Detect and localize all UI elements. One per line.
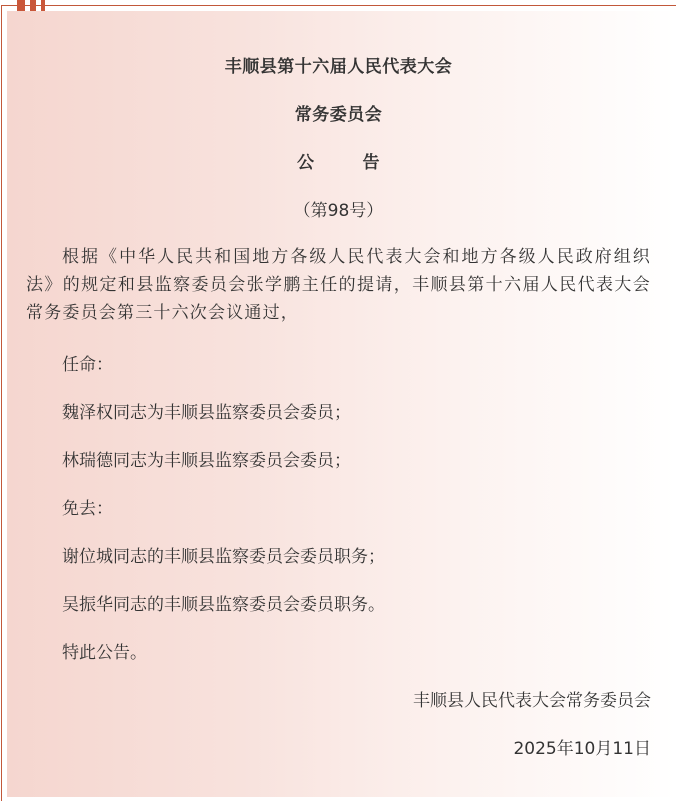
decorative-tab [30,0,36,11]
title-line-3: 公告 [26,148,651,173]
remove-heading: 免去： [62,494,113,519]
removal-item: 吴振华同志的丰顺县监察委员会委员职务。 [62,590,385,615]
title-char-gao: 告 [363,153,381,173]
signature: 丰顺县人民代表大会常务委员会 [413,686,651,711]
closing-text: 特此公告。 [62,638,147,663]
date: 2025年10月11日 [513,734,651,759]
appointment-item: 林瑞德同志为丰顺县监察委员会委员； [62,446,351,471]
appoint-heading: 任命： [62,350,113,375]
decorative-tab [41,0,45,11]
title-line-1: 丰顺县第十六届人民代表大会 [26,52,651,77]
appointment-item: 魏泽权同志为丰顺县监察委员会委员； [62,398,351,423]
removal-item: 谢位城同志的丰顺县监察委员会委员职务； [62,542,385,567]
frame-top-border [1,5,676,6]
title-line-2: 常务委员会 [26,100,651,125]
frame-left-border [1,5,2,801]
announcement-number: （第98号） [26,196,651,221]
decorative-tab [17,0,25,11]
title-char-gong: 公 [297,153,315,173]
body-paragraph: 根据《中华人民共和国地方各级人民代表大会和地方各级人民政府组织法》的规定和县监察… [26,243,651,327]
